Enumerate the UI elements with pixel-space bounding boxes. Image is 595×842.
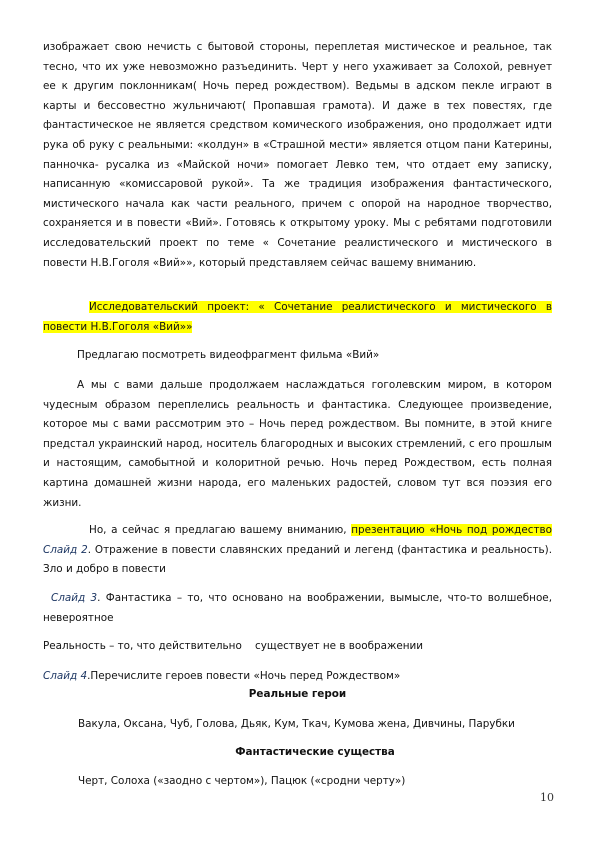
slide-3-text: . Фантастика – то, что основано на вообр… [43, 592, 552, 624]
slide-3-label: Слайд 3 [51, 592, 97, 604]
slide-2-text: . Отражение в повести славянских предани… [43, 544, 552, 576]
paragraph-reality-definition: Реальность – то, что действительно сущес… [43, 637, 552, 657]
paragraph-slide-4: Слайд 4.Перечислите героев повести «Ночь… [43, 667, 552, 687]
highlighted-presentation-title: презентацию «Ночь под рождество [351, 524, 552, 536]
video-fragment-text: Предлагаю посмотреть видеофрагмент фильм… [77, 349, 379, 361]
night-before-christmas-text: А мы с вами дальше продолжаем наслаждать… [43, 379, 552, 509]
paragraph-slide-3: Слайд 3. Фантастика – то, что основано н… [43, 589, 552, 628]
paragraph-research-project: Исследовательский проект: « Сочетание ре… [43, 298, 552, 337]
heading-fantastic-creatures: Фантастические существа [43, 743, 552, 763]
highlighted-project-title: Исследовательский проект: « Сочетание ре… [43, 301, 552, 333]
heading-real-heroes: Реальные герои [43, 685, 552, 705]
paragraph-presentation: Но, а сейчас я предлагаю вашему вниманию… [43, 521, 552, 580]
paragraph-night-before-christmas: А мы с вами дальше продолжаем наслаждать… [43, 376, 552, 513]
slide-4-label: Слайд 4 [43, 670, 87, 682]
paragraph-video-fragment: Предлагаю посмотреть видеофрагмент фильм… [43, 346, 552, 366]
page-number: 10 [530, 791, 554, 804]
slide-4-text: .Перечислите героев повести «Ночь перед … [87, 670, 400, 682]
slide-2-label: Слайд 2 [43, 544, 88, 556]
paragraph-gogol-intro: изображает свою нечисть с бытовой сторон… [43, 38, 552, 273]
list-fantastic-creatures: Черт, Солоха («заодно с чертом»), Пацюк … [43, 772, 552, 792]
list-real-heroes: Вакула, Оксана, Чуб, Голова, Дьяк, Кум, … [43, 715, 558, 735]
presentation-intro-text: Но, а сейчас я предлагаю вашему вниманию… [89, 524, 351, 536]
document-page: изображает свою нечисть с бытовой сторон… [0, 0, 595, 842]
